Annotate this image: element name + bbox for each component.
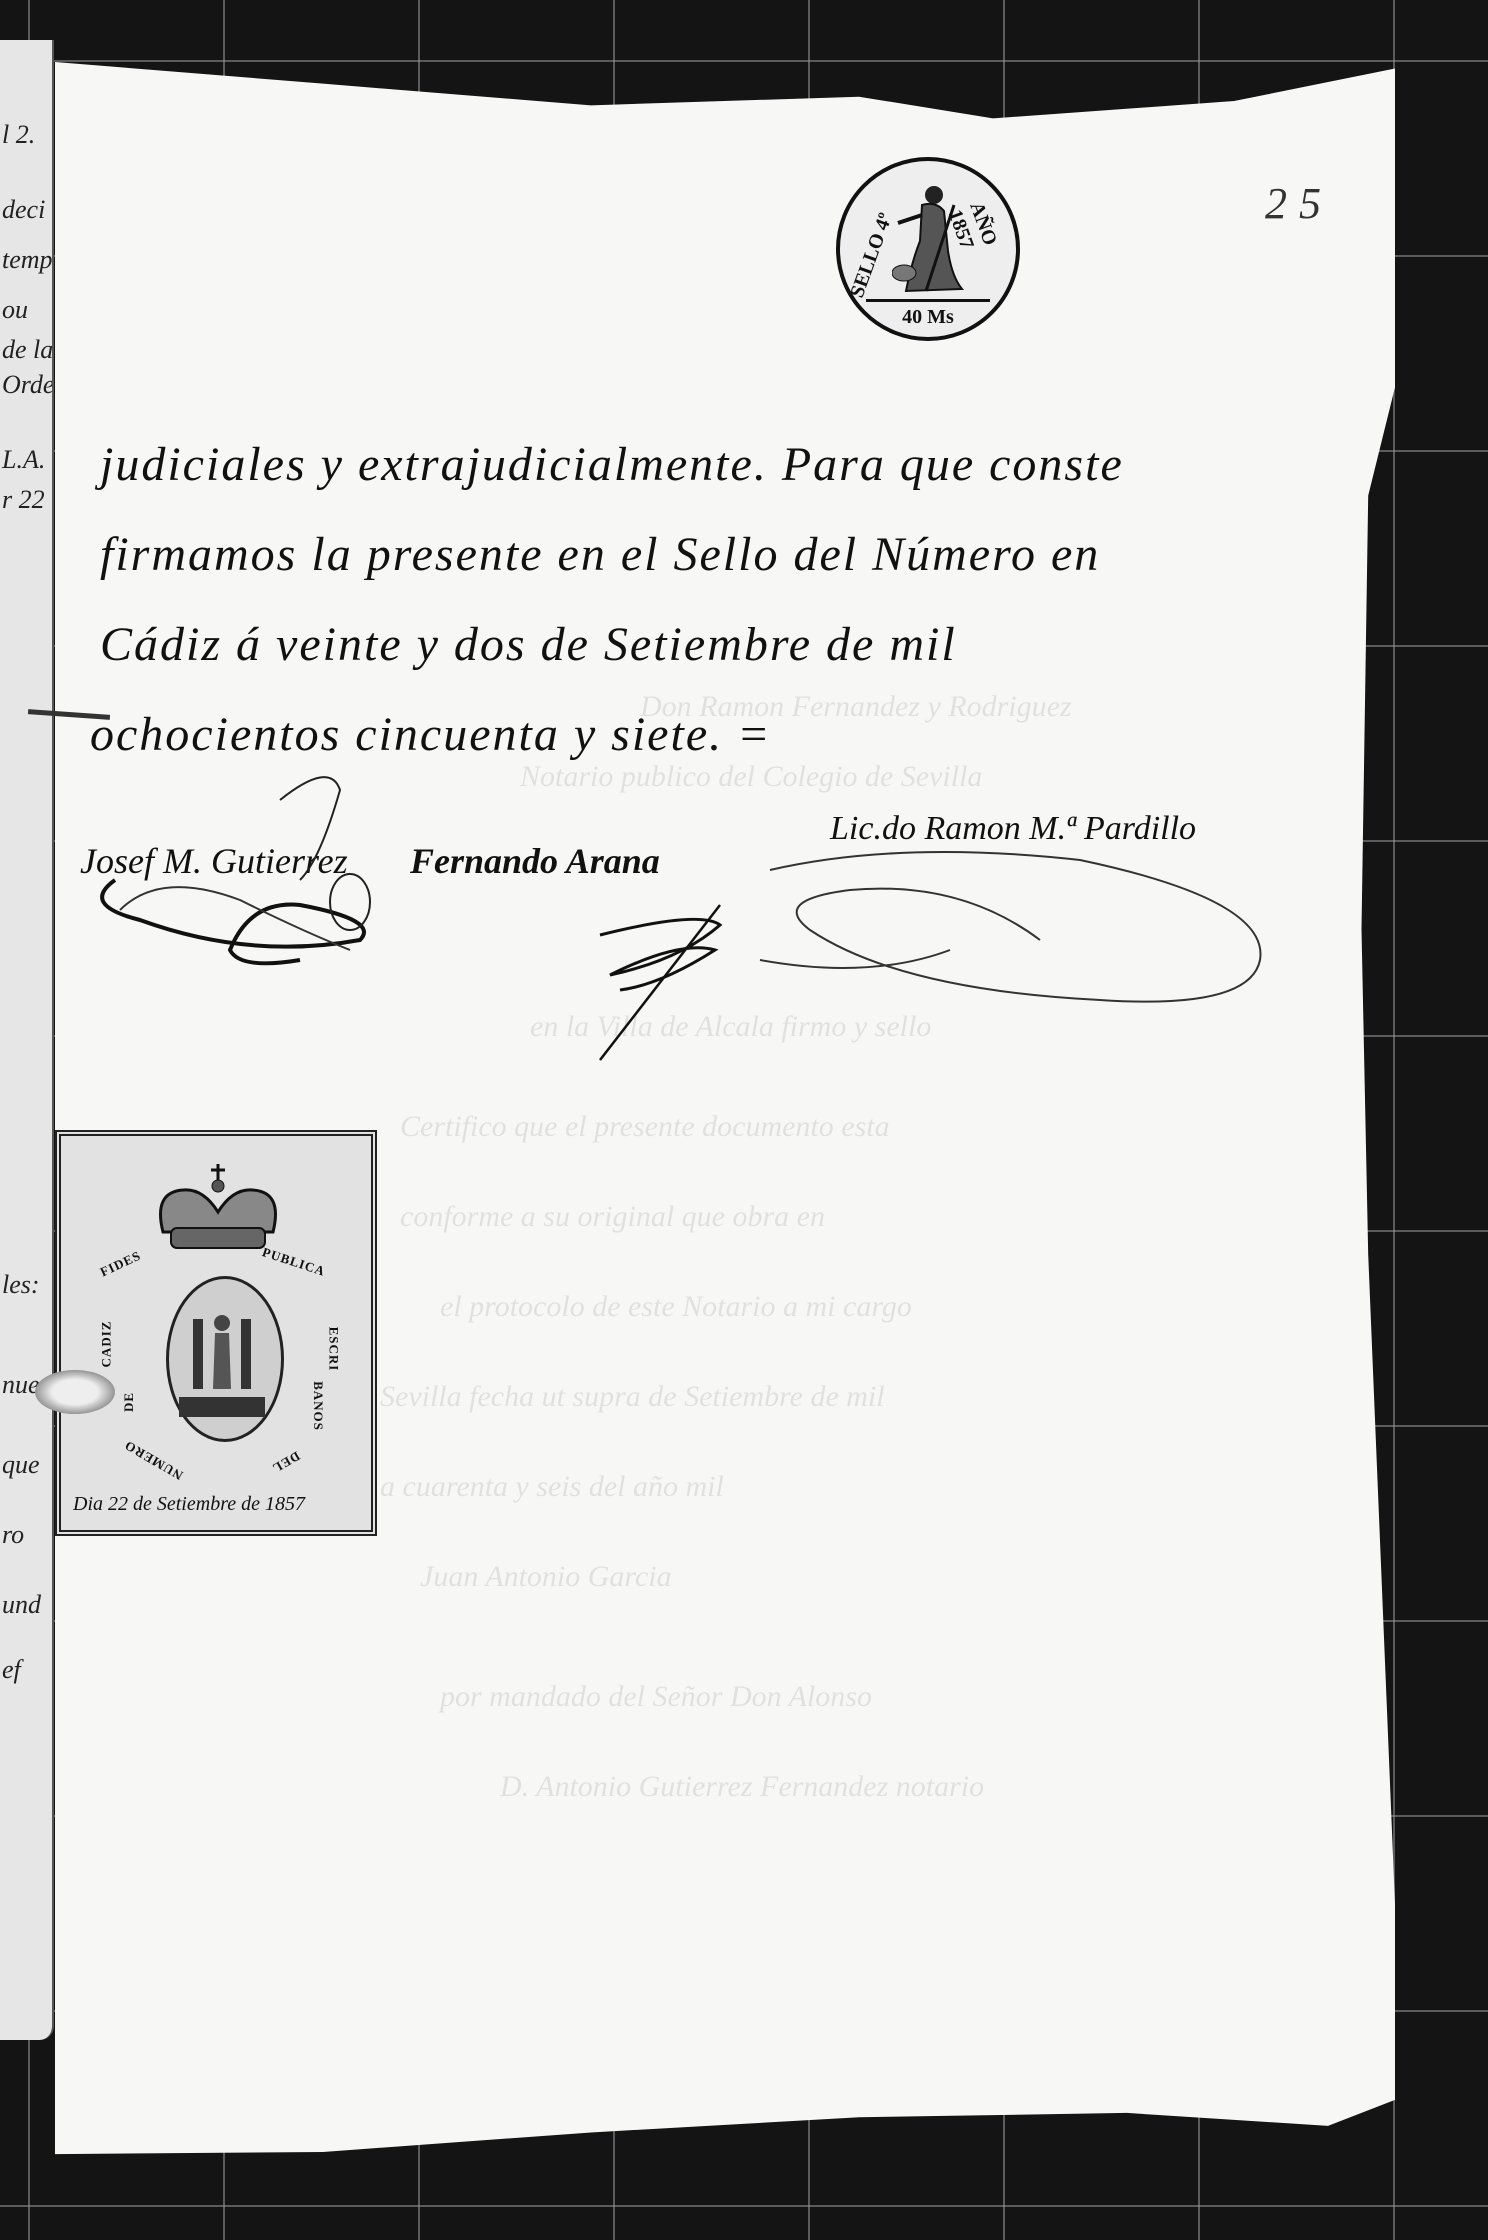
signature-flourishes-icon — [0, 0, 1488, 1100]
stamp-date-line: Dia 22 de Setiembre de 1857 — [73, 1493, 305, 1516]
ribbon-fides: FIDES — [98, 1248, 144, 1281]
hercules-medallion — [166, 1276, 284, 1442]
ribbon-cadiz: CADIZ — [98, 1321, 114, 1368]
ribbon-numero: NUMERO — [121, 1437, 185, 1483]
hercules-pillars-icon — [169, 1279, 275, 1433]
ribbon-escri: ESCRI — [325, 1327, 341, 1372]
notary-college-seal: FIDES PUBLICA CADIZ DE NUMERO ESCRI BANO… — [55, 1130, 377, 1536]
ribbon-banos: BANOS — [310, 1381, 326, 1431]
binding-thread-knot — [35, 1370, 115, 1414]
ribbon-del: DEL — [269, 1448, 303, 1477]
signature-block: Josef M. Gutierrez Fernando Arana Lic.do… — [0, 0, 1488, 2240]
royal-crown-icon — [143, 1162, 293, 1258]
ribbon-de: DE — [121, 1392, 137, 1412]
ribbon-publica: PUBLICA — [260, 1244, 327, 1279]
